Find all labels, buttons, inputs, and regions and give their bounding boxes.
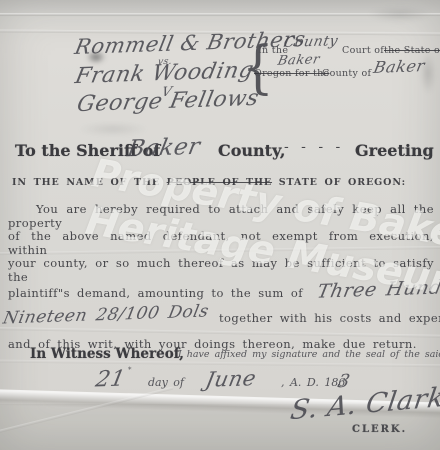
body-line2: of the above named defendant, not exempt… <box>8 229 434 257</box>
pencil-smudge <box>78 122 148 136</box>
clerk-title-label: CLERK. <box>352 424 407 435</box>
month-handwritten: June <box>203 366 258 392</box>
in-witness-whereof-label: In Witness Whereof, <box>30 346 184 362</box>
court-line2-county-of: County of <box>322 68 371 79</box>
name-line-prefix: IN THE NAME OF THE <box>12 177 167 188</box>
day-number-handwritten: 21 <box>93 367 127 393</box>
witness-script-text: I have affixed my signature and the seal… <box>178 349 440 360</box>
county-label: County, <box>218 141 285 160</box>
sheriff-county-handwritten: Baker <box>125 134 202 162</box>
pencil-smudge <box>368 6 432 22</box>
greeting-label: Greeting : <box>355 141 440 160</box>
year-digit-handwritten: 3 <box>336 371 352 392</box>
name-line-struck: PEOPLE OF THE <box>167 177 272 188</box>
caption-brace: { <box>242 34 274 101</box>
court-line1-struck-text: the State of <box>384 45 440 56</box>
defendant2-name-handwritten: George Fellows <box>75 86 261 117</box>
salutation-dashes: - - - - <box>284 139 344 155</box>
court-line2-struck-text: Oregon for the <box>254 68 329 79</box>
day-of-label: day of <box>148 376 184 389</box>
scanned-writ-document: Rommell & Brothers vs. Frank Wooding V G… <box>0 0 440 450</box>
body-line1: You are hereby required to attach and sa… <box>8 202 434 230</box>
name-line-suffix: STATE OF OREGON: <box>272 177 406 188</box>
sum-handwritten-part2: Nineteen 28/100 Dols <box>2 304 210 325</box>
sum-handwritten-part1: Three Hundred <box>316 279 440 298</box>
body-line4-printed: plaintiff"s demand, amounting to the sum… <box>8 286 303 300</box>
anno-domini-printed: , A. D. 186 <box>281 376 345 389</box>
body-line5-printed: together with his costs and expenses,··· <box>219 311 440 325</box>
day-superscript-mark: * <box>128 366 132 374</box>
court-type-handwritten: County <box>282 33 339 51</box>
state-or-county-handwritten: Baker <box>372 56 427 77</box>
court-line1-court-of: Court of <box>342 45 384 56</box>
county-name-handwritten-above: Baker <box>276 52 321 68</box>
